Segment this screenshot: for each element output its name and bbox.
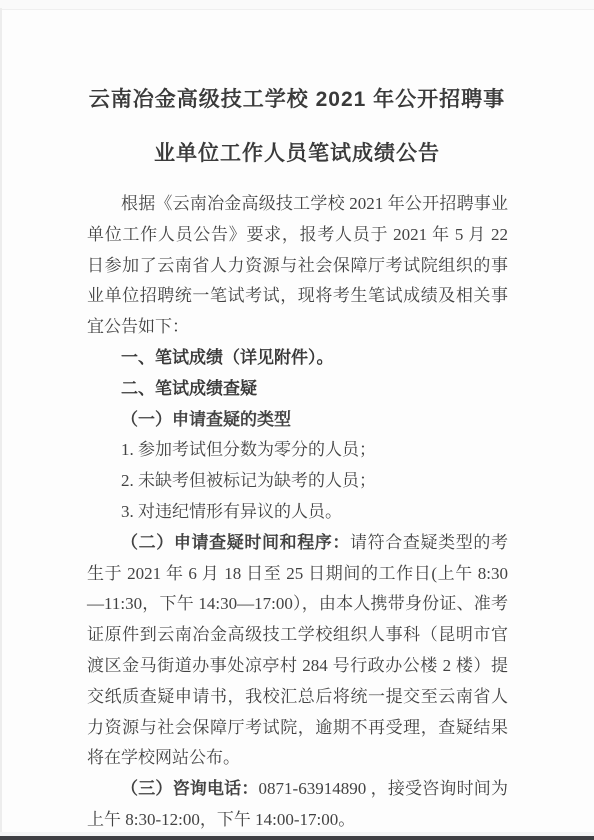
scan-left-edge-line (0, 8, 2, 832)
document-title-line1: 云南冶金高级技工学校 2021 年公开招聘事 (40, 73, 554, 127)
section-heading-written-scores: 一、笔试成绩（详见附件）。 (87, 343, 508, 374)
document-title: 云南冶金高级技工学校 2021 年公开招聘事 业单位工作人员笔试成绩公告 (40, 73, 554, 181)
subsection-contact-phone-label: （三）咨询电话： (121, 779, 259, 798)
document-body: 根据《云南冶金高级技工学校 2021 年公开招聘事业单位工作人员公告》要求，报考… (87, 189, 508, 836)
scan-bottom-strip-dark (0, 836, 594, 840)
section-heading-score-inquiry: 二、笔试成绩查疑 (87, 374, 508, 405)
document-page: 云南冶金高级技工学校 2021 年公开招聘事 业单位工作人员笔试成绩公告 根据《… (0, 0, 594, 840)
inquiry-type-item-2: 2. 未缺考但被标记为缺考的人员； (87, 466, 508, 497)
inquiry-type-item-3: 3. 对违纪情形有异议的人员。 (87, 497, 508, 528)
subsection-inquiry-time-procedure: （二）申请查疑时间和程序：请符合查疑类型的考生于 2021 年 6 月 18 日… (87, 528, 508, 774)
inquiry-type-item-1: 1. 参加考试但分数为零分的人员； (87, 435, 508, 466)
subsection-contact-phone: （三）咨询电话：0871-63914890 ，接受咨询时间为上午 8:30-12… (87, 774, 508, 836)
subsection-inquiry-time-procedure-text: 请符合查疑类型的考生于 2021 年 6 月 18 日至 25 日期间的工作日(… (87, 533, 508, 768)
document-title-line2: 业单位工作人员笔试成绩公告 (40, 127, 554, 181)
intro-paragraph: 根据《云南冶金高级技工学校 2021 年公开招聘事业单位工作人员公告》要求，报考… (87, 189, 508, 343)
subsection-inquiry-types-label: （一）申请查疑的类型 (121, 410, 291, 429)
subsection-inquiry-types: （一）申请查疑的类型 (87, 405, 508, 436)
scan-top-band (0, 0, 594, 10)
subsection-inquiry-time-procedure-label: （二）申请查疑时间和程序： (121, 533, 350, 552)
